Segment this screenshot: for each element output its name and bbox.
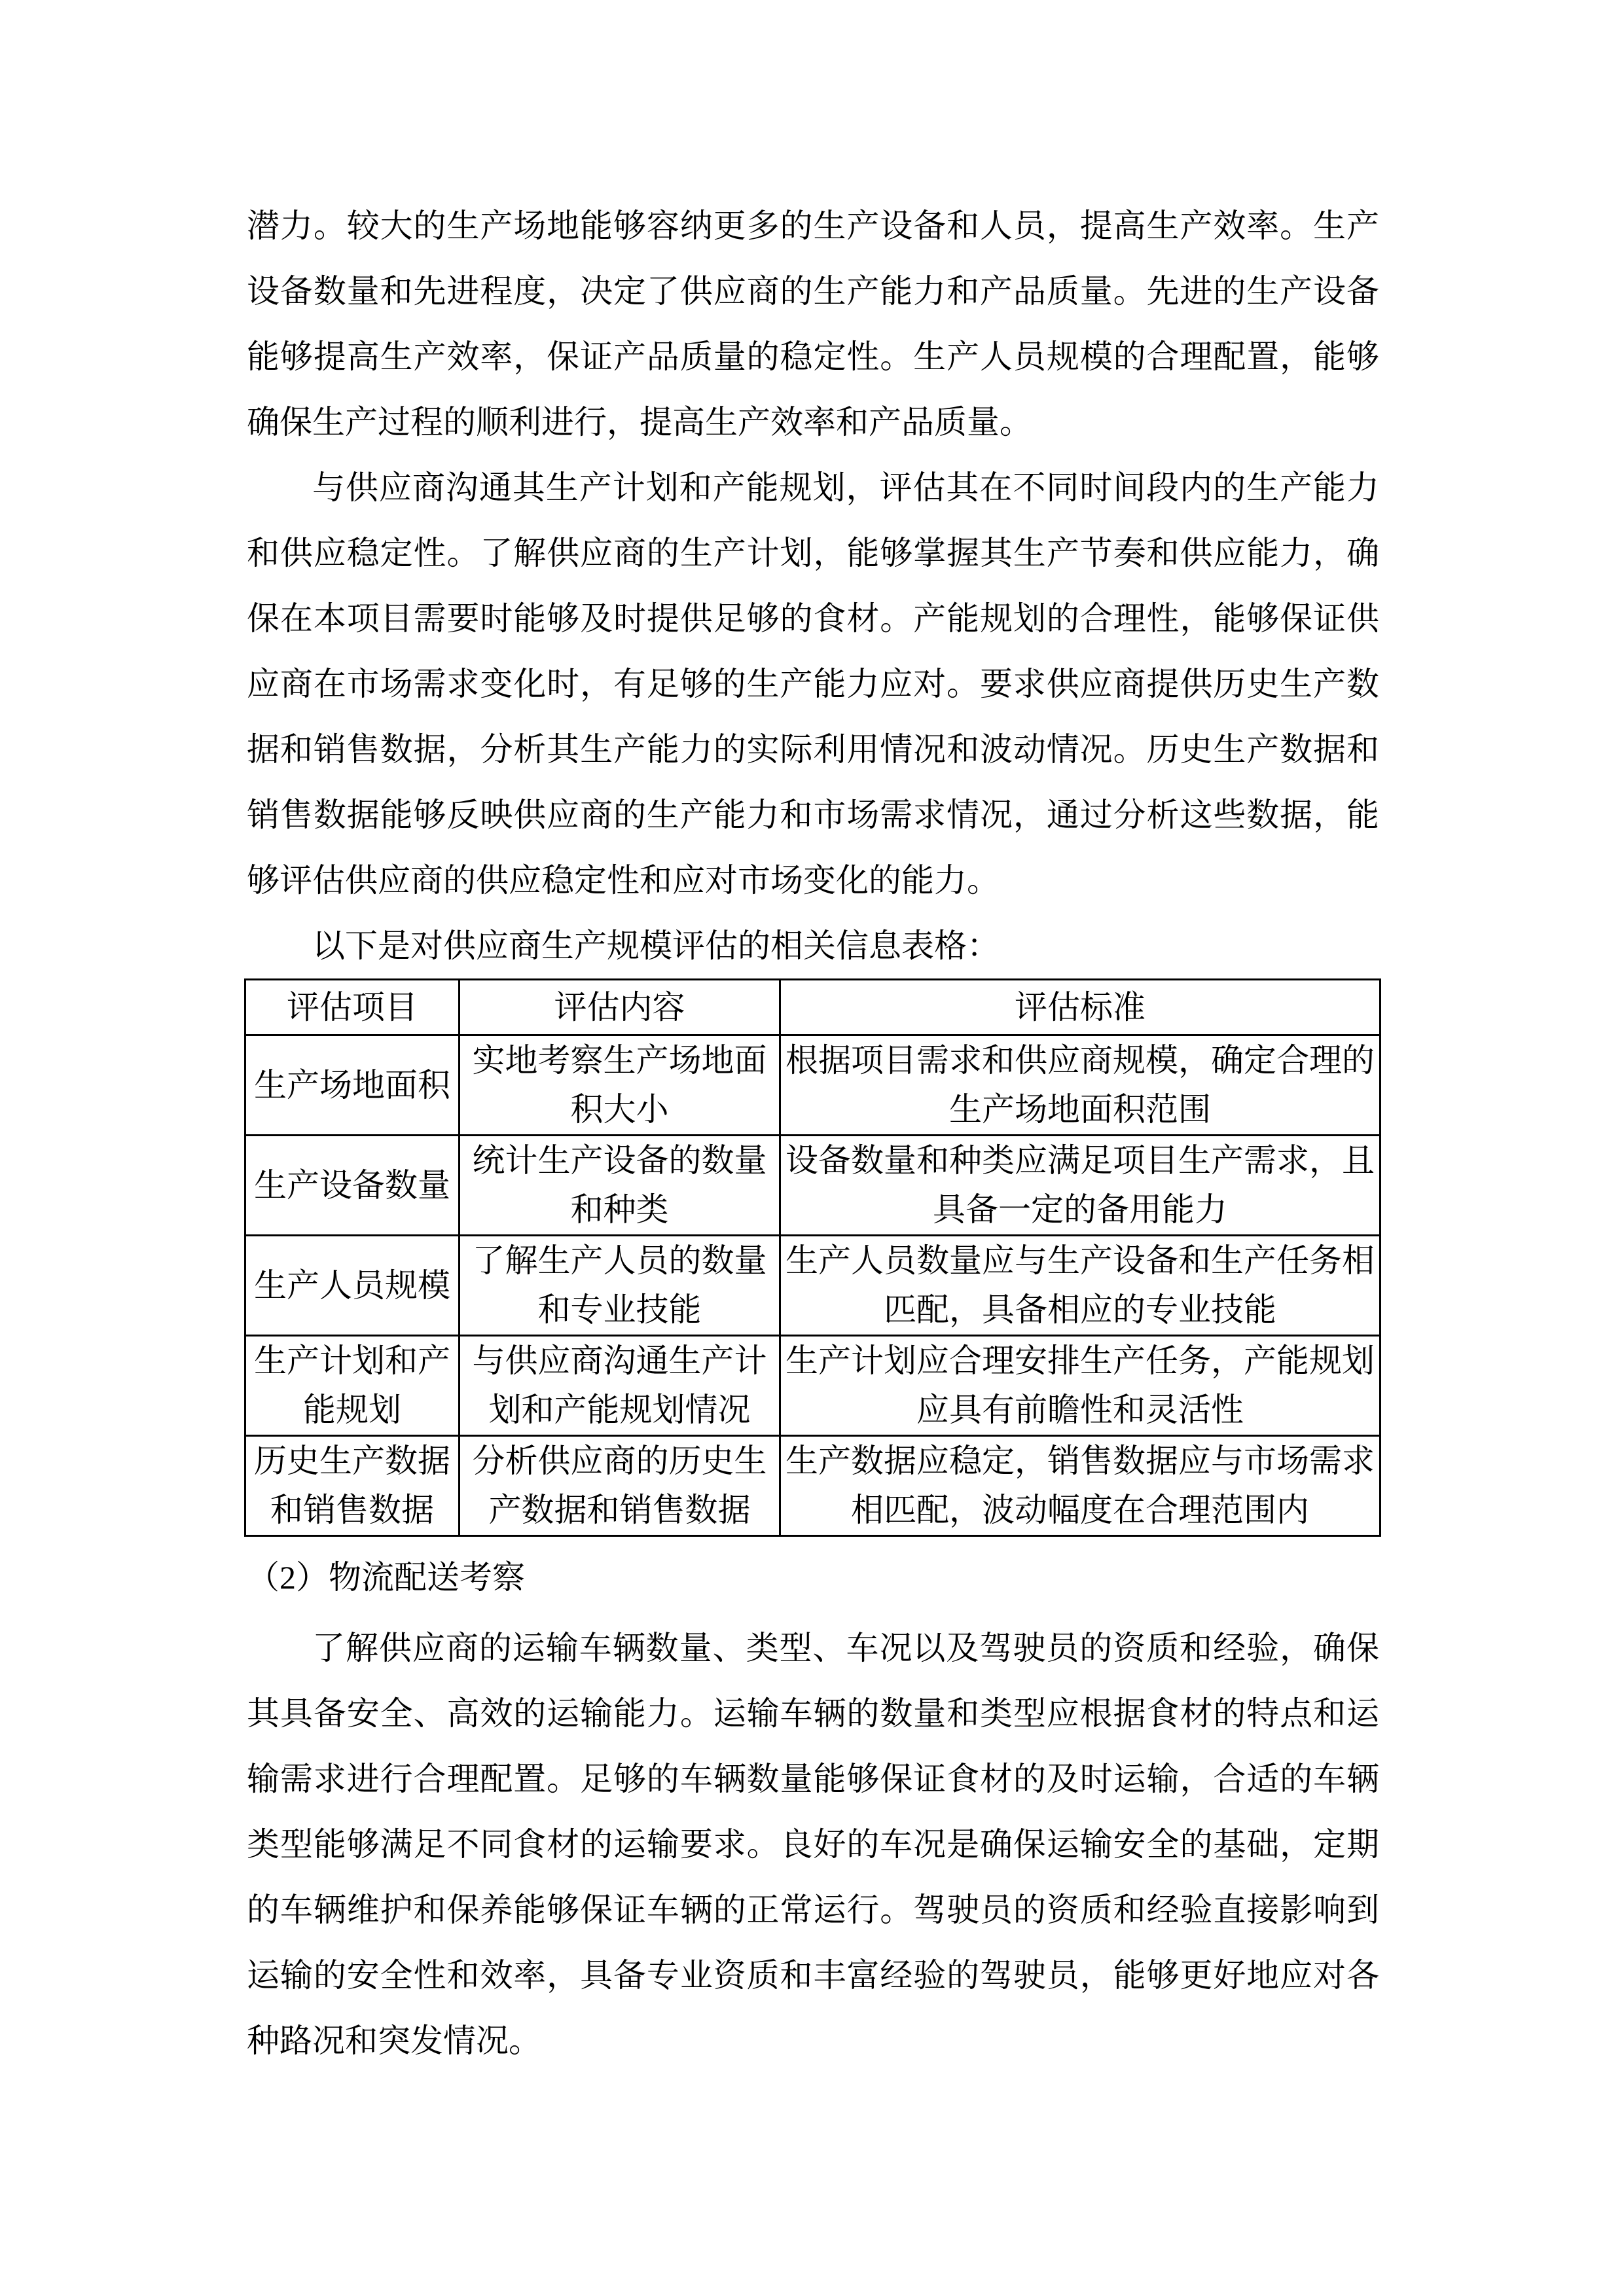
paragraph-production-plan-capacity: 与供应商沟通其生产计划和产能规划，评估其在不同时间段内的生产能力和供应稳定性。了… [247,455,1379,913]
paragraph-production-scale-continued: 潜力。较大的生产场地能够容纳更多的生产设备和人员，提高生产效率。生产设备数量和先… [247,193,1379,455]
table-header-content: 评估内容 [460,980,780,1035]
cell-standard: 生产计划应合理安排生产任务，产能规划 应具有前瞻性和灵活性 [780,1336,1380,1436]
table-header-row: 评估项目 评估内容 评估标准 [245,980,1380,1035]
cell-item: 生产计划和产 能规划 [245,1336,460,1436]
cell-content: 了解生产人员的数量 和专业技能 [460,1236,780,1336]
paragraph-logistics-transport: 了解供应商的运输车辆数量、类型、车况以及驾驶员的资质和经验，确保其具备安全、高效… [247,1615,1379,2073]
cell-standard: 生产人员数量应与生产设备和生产任务相 匹配，具备相应的专业技能 [780,1236,1380,1336]
table-row-equipment-count: 生产设备数量 统计生产设备的数量 和种类 设备数量和种类应满足项目生产需求，且 … [245,1136,1380,1236]
table-row-site-area: 生产场地面积 实地考察生产场地面 积大小 根据项目需求和供应商规模，确定合理的 … [245,1035,1380,1136]
section-heading-logistics: （2）物流配送考察 [247,1545,1379,1610]
cell-item: 生产设备数量 [245,1136,460,1236]
cell-item: 生产人员规模 [245,1236,460,1336]
document-page: 潜力。较大的生产场地能够容纳更多的生产设备和人员，提高生产效率。生产设备数量和先… [0,0,1624,2296]
table-header-item: 评估项目 [245,980,460,1035]
cell-content: 分析供应商的历史生 产数据和销售数据 [460,1436,780,1536]
cell-standard: 根据项目需求和供应商规模，确定合理的 生产场地面积范围 [780,1035,1380,1136]
table-row-history-data: 历史生产数据 和销售数据 分析供应商的历史生 产数据和销售数据 生产数据应稳定，… [245,1436,1380,1536]
cell-content: 与供应商沟通生产计 划和产能规划情况 [460,1336,780,1436]
cell-standard: 生产数据应稳定，销售数据应与市场需求 相匹配，波动幅度在合理范围内 [780,1436,1380,1536]
evaluation-table: 评估项目 评估内容 评估标准 生产场地面积 实地考察生产场地面 积大小 根据项目… [244,978,1381,1537]
table-intro-line: 以下是对供应商生产规模评估的相关信息表格： [247,913,1379,978]
cell-standard: 设备数量和种类应满足项目生产需求，且 具备一定的备用能力 [780,1136,1380,1236]
cell-content: 统计生产设备的数量 和种类 [460,1136,780,1236]
table-row-plan-capacity: 生产计划和产 能规划 与供应商沟通生产计 划和产能规划情况 生产计划应合理安排生… [245,1336,1380,1436]
table-row-personnel-scale: 生产人员规模 了解生产人员的数量 和专业技能 生产人员数量应与生产设备和生产任务… [245,1236,1380,1336]
table-header-standard: 评估标准 [780,980,1380,1035]
cell-item: 历史生产数据 和销售数据 [245,1436,460,1536]
cell-item: 生产场地面积 [245,1035,460,1136]
cell-content: 实地考察生产场地面 积大小 [460,1035,780,1136]
